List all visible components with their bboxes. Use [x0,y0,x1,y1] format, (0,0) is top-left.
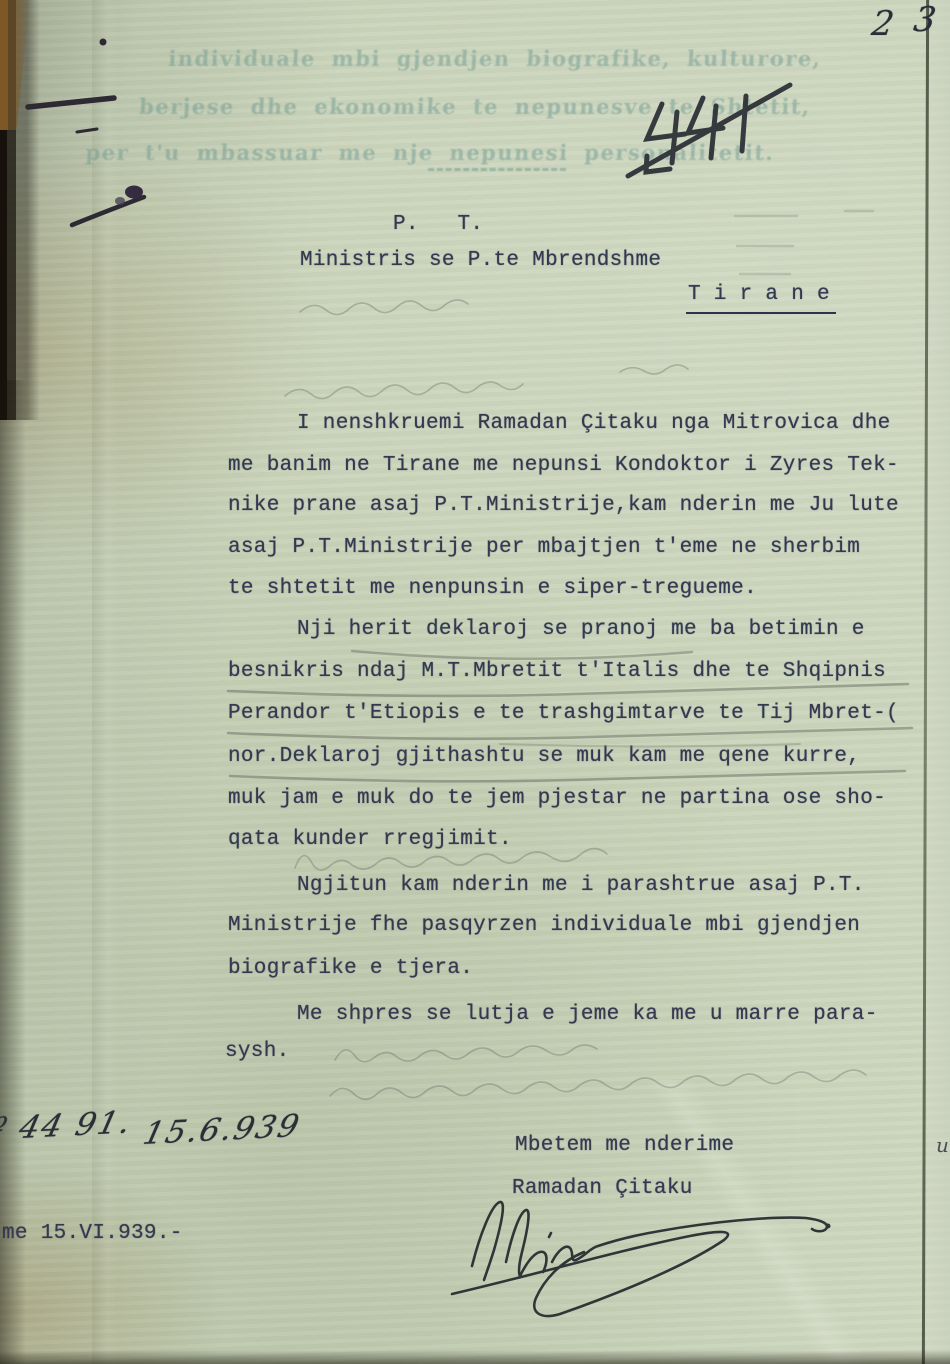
body-line: Me shpres se lutja e jeme ka me u marre … [297,1003,878,1027]
body-line: te shtetit me nenpunsin e siper-tregueme… [228,577,757,601]
binding-edge [0,0,30,130]
body-line: asaj P.T.Ministrije per mbajtjen t'eme n… [228,536,860,560]
margin-note-number: º 44 91. [0,1104,136,1147]
body-line: besnikris ndaj M.T.Mbretit t'Italis dhe … [228,660,886,684]
bottom-edge-shadow [0,1350,950,1364]
closing-name: Ramadan Çitaku [512,1177,693,1201]
bleedthrough-dashes-right [735,211,873,274]
body-line: Perandor t'Etiopis e te trashgimtarve te… [228,702,899,726]
body-line: sysh. [225,1040,290,1064]
body-line: Ngjitun kam nderin me i parashtrue asaj … [297,874,865,898]
scanned-letter-page: individuale mbi gjendjen biografike, kul… [0,0,950,1364]
body-line: Ministrije fhe pasqyrzen individuale mbi… [228,914,860,938]
body-line: muk jam e muk do te jem pjestar ne parti… [228,787,886,811]
page-edge-line [922,0,929,1364]
bleedthrough-line-1: individuale mbi gjendjen biografike, kul… [84,46,905,71]
margin-note-date: 15.6.939 [140,1108,305,1152]
addressee-line: Ministris se P.te Mbrendshme [300,249,661,273]
signature [452,1202,831,1316]
closing-salutation: Mbetem me nderime [515,1134,734,1158]
body-line: Nji herit deklaroj se pranoj me ba betim… [297,618,865,642]
page-number-left: 2 [869,4,896,44]
body-line: nor.Deklaroj gjithashtu se muk kam me qe… [228,745,860,769]
body-line: biografike e tjera. [228,957,473,981]
bleedthrough-line-2: berjese dhe ekonomike te nepunesve te Sh… [59,94,890,119]
salutation-initials: P. T. [393,213,483,237]
body-line: me banim ne Tirane me nepunsi Kondoktor … [228,454,899,478]
typed-date-line: me 15.VI.939.- [2,1222,183,1246]
edge-mark: u [936,1133,949,1157]
body-line: nike prane asaj P.T.Ministrije,kam nderi… [228,494,899,518]
vertical-crease [92,0,118,1364]
bleedthrough-dashes [428,168,566,171]
page-number-right: 3 [911,0,938,40]
left-edge-shadow [0,380,26,1364]
adjacent-page-sliver [927,0,950,1364]
city-line: T i r a n e [686,283,836,314]
body-line: I nenshkruemi Ramadan Çitaku nga Mitrovi… [297,412,891,436]
binding-shadow [0,0,40,420]
body-line: qata kunder rregjimit. [228,828,512,852]
diagonal-crease [560,1080,950,1364]
bleedthrough-line-3: per t'u mbassuar me nje nepunesi persona… [69,140,790,165]
